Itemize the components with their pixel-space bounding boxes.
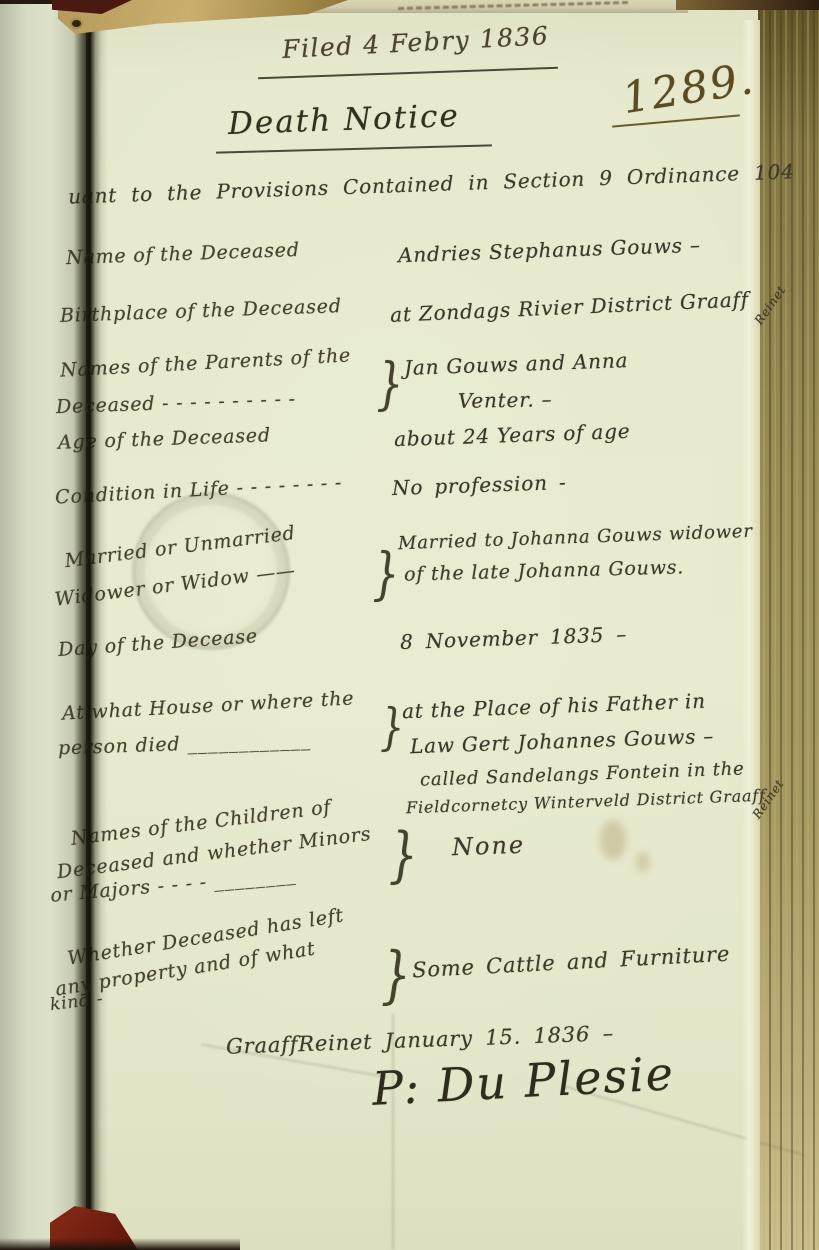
field-answer-children: None: [452, 831, 526, 862]
property-brace: }: [381, 938, 411, 1011]
closed-pages-stack: [758, 0, 819, 1250]
paper-stain: [636, 852, 650, 872]
scanned-register-page: Filed 4 Febry 1836 1289. Death Notice ua…: [0, 0, 819, 1250]
page-edge-highlight: [742, 20, 760, 1250]
children-brace: }: [389, 820, 418, 890]
parents-brace: }: [377, 352, 404, 417]
bottom-shadow: [0, 1238, 240, 1250]
paper-stain: [600, 820, 626, 860]
field-answer-parents-line2: Venter. –: [458, 387, 553, 413]
married-brace: }: [373, 542, 400, 607]
binding-grommet: [72, 20, 81, 27]
house-brace: }: [380, 698, 404, 756]
book-gutter-shadow: [74, 0, 108, 1250]
cover-corner-top-right: [676, 0, 819, 10]
